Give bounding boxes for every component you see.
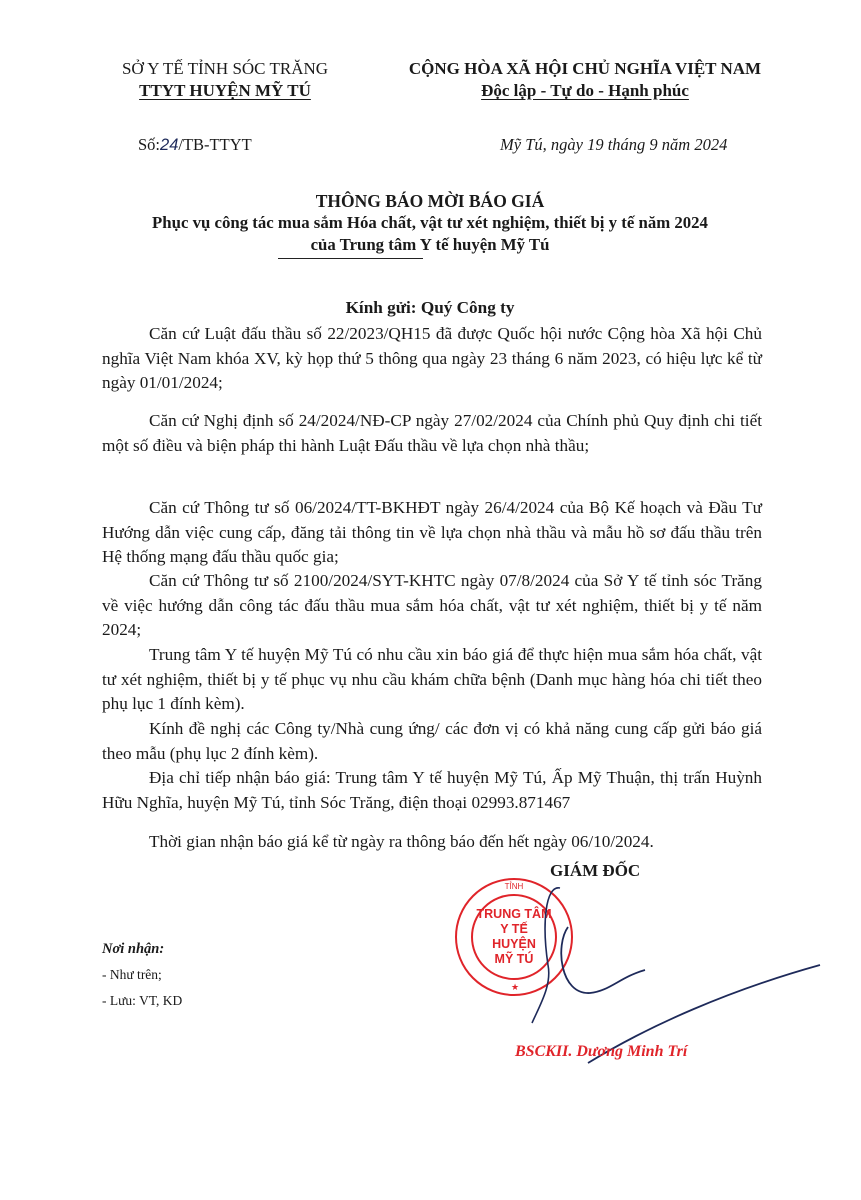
recipient-item: - Lưu: VT, KD [102,988,182,1014]
paragraph-invitation: Kính đề nghị các Công ty/Nhà cung ứng/ c… [102,717,762,766]
paragraph-decree: Căn cứ Nghị định số 24/2024/NĐ-CP ngày 2… [102,409,762,458]
paragraph-address: Địa chỉ tiếp nhận báo giá: Trung tâm Y t… [102,766,762,815]
national-header: CỘNG HÒA XÃ HỘI CHỦ NGHĨA VIỆT NAM Độc l… [375,58,795,102]
greeting: Kính gửi: Quý Công ty [60,298,800,318]
paragraph-circular-mpi: Căn cứ Thông tư số 06/2024/TT-BKHĐT ngày… [102,496,762,570]
signer-name: BSCKII. Dương Minh Trí [515,1043,687,1061]
title-divider [278,258,423,259]
agency-name: TTYT HUYỆN MỸ TÚ [95,80,355,102]
document-subtitle: Phục vụ công tác mua sắm Hóa chất, vật t… [60,212,800,234]
recipient-item: - Như trên; [102,962,182,988]
agency-parent: SỞ Y TẾ TỈNH SÓC TRĂNG [95,58,355,80]
handwritten-signature-icon [500,885,830,1065]
document-number: Số:24/TB-TTYT [138,135,252,155]
place-date: Mỹ Tú, ngày 19 tháng 9 năm 2024 [500,135,727,155]
national-motto: Độc lập - Tự do - Hạnh phúc [375,80,795,102]
paragraph-deadline: Thời gian nhận báo giá kể từ ngày ra thô… [102,830,762,855]
recipients-label: Nơi nhận: [102,936,182,962]
document-title-block: THÔNG BÁO MỜI BÁO GIÁ Phục vụ công tác m… [60,190,800,256]
signer-title: GIÁM ĐỐC [550,861,640,881]
paragraph-law: Căn cứ Luật đấu thầu số 22/2023/QH15 đã … [102,322,762,396]
handwritten-number: 24 [160,136,178,154]
paragraph-circular-doh: Căn cứ Thông tư số 2100/2024/SYT-KHTC ng… [102,569,762,643]
paragraph-request: Trung tâm Y tế huyện Mỹ Tú có nhu cầu xi… [102,643,762,717]
document-subtitle-2: của Trung tâm Y tế huyện Mỹ Tú [60,234,800,256]
agency-header: SỞ Y TẾ TỈNH SÓC TRĂNG TTYT HUYỆN MỸ TÚ [95,58,355,102]
national-title: CỘNG HÒA XÃ HỘI CHỦ NGHĨA VIỆT NAM [375,58,795,80]
recipients-block: Nơi nhận: - Như trên; - Lưu: VT, KD [102,936,182,1014]
document-title: THÔNG BÁO MỜI BÁO GIÁ [60,190,800,212]
